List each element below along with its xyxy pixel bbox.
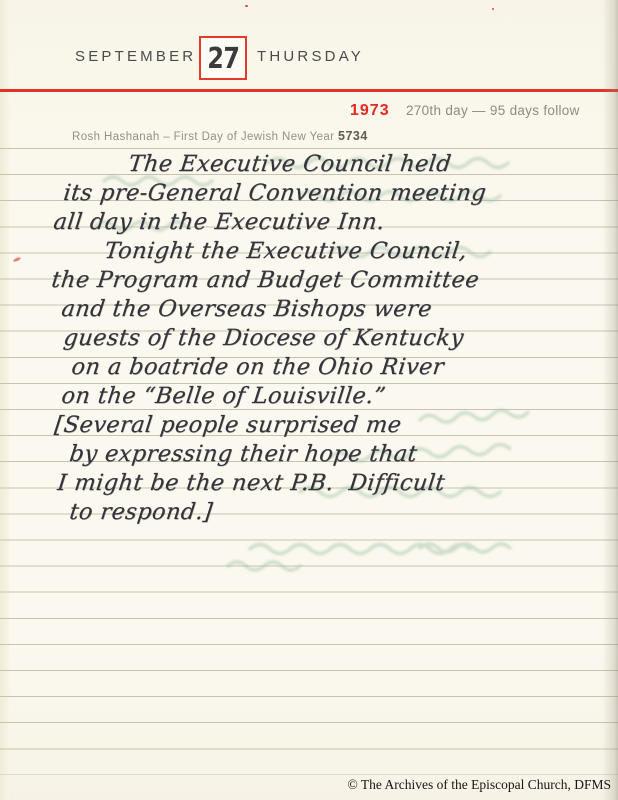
scan-speck <box>492 8 494 10</box>
scan-speck <box>245 5 248 7</box>
entry-line: Tonight the Executive Council, <box>103 238 469 264</box>
entry-line: on a boatride on the Ohio River <box>70 354 446 380</box>
entry-line: The Executive Council held <box>127 151 453 177</box>
page-right-edge-shadow <box>602 0 618 800</box>
handwritten-entry: The Executive Council held its pre-Gener… <box>0 0 618 800</box>
entry-line: by expressing their hope that <box>68 441 419 467</box>
entry-line: guests of the Diocese of Kentucky <box>62 325 465 351</box>
entry-line: the Program and Budget Committee <box>50 267 481 293</box>
entry-line: and the Overseas Bishops were <box>60 296 434 322</box>
entry-line: all day in the Executive Inn. <box>52 209 386 235</box>
diary-page: SEPTEMBER 27 THURSDAY 1973 270th day — 9… <box>0 0 618 800</box>
entry-line: to respond.] <box>68 499 214 525</box>
entry-line: its pre-General Convention meeting <box>62 180 488 206</box>
archive-copyright: © The Archives of the Episcopal Church, … <box>348 777 611 793</box>
entry-line: [Several people surprised me <box>53 412 403 438</box>
entry-line: on the “Belle of Louisville.” <box>60 383 387 409</box>
entry-line: I might be the next P.B. Difficult <box>56 470 447 496</box>
